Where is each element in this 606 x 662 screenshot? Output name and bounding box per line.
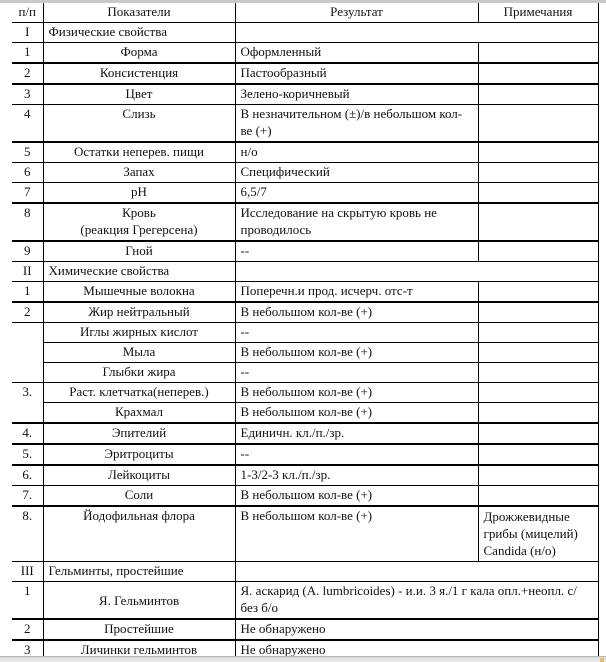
row-indicator: Крахмал	[43, 403, 235, 424]
row-note	[478, 63, 598, 84]
table-row: 1 Я. Гельминтов Я. аскарид (A. lumbricoi…	[12, 582, 598, 620]
row-num: 5	[12, 142, 43, 163]
row-result: --	[235, 241, 478, 262]
row-indicator: Эпителий	[43, 423, 235, 444]
row-result: Зелено-коричневый	[235, 84, 478, 105]
section-title: Гельминты, простейшие	[43, 562, 235, 582]
row-result: Я. аскарид (A. lumbricoides) - и.и. 3 я.…	[235, 582, 598, 620]
row-note	[478, 84, 598, 105]
window-bottom-scrollbar[interactable]	[0, 656, 606, 662]
row-note	[478, 403, 598, 424]
table-row: 3 Цвет Зелено-коричневый	[12, 84, 598, 105]
row-indicator: Глыбки жира	[43, 363, 235, 383]
row-indicator: Я. Гельминтов	[43, 582, 235, 620]
row-note	[478, 203, 598, 241]
table-row: 5 Остатки неперев. пищи н/о	[12, 142, 598, 163]
row-note	[478, 383, 598, 403]
row-result: Не обнаружено	[235, 619, 598, 640]
row-note	[478, 302, 598, 323]
header-notes: Примечания	[478, 3, 598, 23]
row-note	[478, 241, 598, 262]
row-num: 6	[12, 163, 43, 183]
row-note	[478, 282, 598, 303]
row-note	[478, 363, 598, 383]
table-row: 7 pH 6,5/7	[12, 183, 598, 204]
row-num: 6.	[12, 465, 43, 486]
table-header-row: п/п Показатели Результат Примечания	[12, 3, 598, 23]
section-title: Химические свойства	[43, 262, 235, 282]
row-indicator: Простейшие	[43, 619, 235, 640]
row-indicator: Мыла	[43, 343, 235, 363]
table-row: Крахмал В небольшом кол-ве (+)	[12, 403, 598, 424]
row-indicator: Йодофильная флора	[43, 506, 235, 562]
row-result: н/о	[235, 142, 478, 163]
table-row: 4. Эпителий Единичн. кл./п./зр.	[12, 423, 598, 444]
table-row: 8 Кровь(реакция Грегерсена) Исследование…	[12, 203, 598, 241]
row-result: 6,5/7	[235, 183, 478, 204]
header-result: Результат	[235, 3, 478, 23]
row-note	[478, 343, 598, 363]
row-result: 1-3/2-3 кл./п./зр.	[235, 465, 478, 486]
row-result: В небольшом кол-ве (+)	[235, 403, 478, 424]
row-result: В небольшом кол-ве (+)	[235, 506, 478, 562]
section-blank	[235, 23, 598, 43]
row-note: Дрожжевидные грибы (мицелий) Candida (н/…	[478, 506, 598, 562]
row-result: Специфический	[235, 163, 478, 183]
row-result: Исследование на скрытую кровь не проводи…	[235, 203, 478, 241]
row-num: 3	[12, 84, 43, 105]
row-indicator: Остатки неперев. пищи	[43, 142, 235, 163]
row-note	[478, 465, 598, 486]
row-indicator: Эритроциты	[43, 444, 235, 465]
table-row: Иглы жирных кислот --	[12, 323, 598, 343]
row-result: Поперечн.и прод. исчерч. отс-т	[235, 282, 478, 303]
row-num: 2	[12, 302, 43, 323]
row-num: 1	[12, 282, 43, 303]
table-row: 3. Раст. клетчатка(неперев.) В небольшом…	[12, 383, 598, 403]
table-row: 9 Гной --	[12, 241, 598, 262]
document-page: п/п Показатели Результат Примечания I Фи…	[0, 3, 606, 661]
row-num: 3.	[12, 383, 43, 424]
row-note	[478, 183, 598, 204]
row-num: 9	[12, 241, 43, 262]
stool-analysis-table: п/п Показатели Результат Примечания I Фи…	[12, 3, 599, 661]
row-result: --	[235, 444, 478, 465]
table-row: 2 Консистенция Пастообразный	[12, 63, 598, 84]
row-indicator: Форма	[43, 43, 235, 64]
row-num	[12, 323, 43, 383]
section-blank	[235, 262, 598, 282]
row-num: 5.	[12, 444, 43, 465]
row-num: 1	[12, 582, 43, 620]
table-row: 8. Йодофильная флора В небольшом кол-ве …	[12, 506, 598, 562]
row-indicator: Раст. клетчатка(неперев.)	[43, 383, 235, 403]
row-result: В небольшом кол-ве (+)	[235, 486, 478, 507]
table-row: Мыла В небольшом кол-ве (+)	[12, 343, 598, 363]
row-num: 8	[12, 203, 43, 241]
table-row: 2 Простейшие Не обнаружено	[12, 619, 598, 640]
row-result: Пастообразный	[235, 63, 478, 84]
row-result: --	[235, 363, 478, 383]
row-result: --	[235, 323, 478, 343]
row-note	[478, 486, 598, 507]
section-row: III Гельминты, простейшие	[12, 562, 598, 582]
section-num: II	[12, 262, 43, 282]
row-num: 7.	[12, 486, 43, 507]
table-row: Глыбки жира --	[12, 363, 598, 383]
row-num: 2	[12, 63, 43, 84]
table-row: 1 Форма Оформленный	[12, 43, 598, 64]
row-result: В небольшом кол-ве (+)	[235, 343, 478, 363]
row-indicator: Иглы жирных кислот	[43, 323, 235, 343]
row-indicator: Соли	[43, 486, 235, 507]
row-result: В небольшом кол-ве (+)	[235, 383, 478, 403]
row-result: В небольшом кол-ве (+)	[235, 302, 478, 323]
row-indicator: Мышечные волокна	[43, 282, 235, 303]
row-note	[478, 444, 598, 465]
row-num: 4	[12, 105, 43, 143]
row-note	[478, 323, 598, 343]
table-row: 4 Слизь В незначительном (±)/в небольшом…	[12, 105, 598, 143]
row-num: 7	[12, 183, 43, 204]
table-row: 7. Соли В небольшом кол-ве (+)	[12, 486, 598, 507]
row-note	[478, 142, 598, 163]
section-row: I Физические свойства	[12, 23, 598, 43]
row-result: Оформленный	[235, 43, 478, 64]
row-indicator: Консистенция	[43, 63, 235, 84]
section-blank	[235, 562, 598, 582]
row-result: В незначительном (±)/в небольшом кол-ве …	[235, 105, 478, 143]
section-row: II Химические свойства	[12, 262, 598, 282]
row-indicator: Кровь(реакция Грегерсена)	[43, 203, 235, 241]
row-note	[478, 163, 598, 183]
row-num: 8.	[12, 506, 43, 562]
row-note	[478, 423, 598, 444]
row-indicator: Слизь	[43, 105, 235, 143]
row-indicator-line2: (реакция Грегерсена)	[80, 222, 197, 237]
row-indicator: Жир нейтральный	[43, 302, 235, 323]
row-note	[478, 105, 598, 143]
row-num: 2	[12, 619, 43, 640]
row-indicator-line1: Кровь	[122, 205, 156, 220]
row-result: Единичн. кл./п./зр.	[235, 423, 478, 444]
section-title: Физические свойства	[43, 23, 235, 43]
row-num: 4.	[12, 423, 43, 444]
table-row: 6 Запах Специфический	[12, 163, 598, 183]
row-indicator: pH	[43, 183, 235, 204]
header-indicator: Показатели	[43, 3, 235, 23]
row-indicator: Запах	[43, 163, 235, 183]
resize-grip-icon[interactable]	[600, 658, 604, 662]
row-indicator: Гной	[43, 241, 235, 262]
row-indicator: Лейкоциты	[43, 465, 235, 486]
row-note	[478, 43, 598, 64]
section-num: I	[12, 23, 43, 43]
table-row: 1 Мышечные волокна Поперечн.и прод. исче…	[12, 282, 598, 303]
table-row: 2 Жир нейтральный В небольшом кол-ве (+)	[12, 302, 598, 323]
table-row: 6. Лейкоциты 1-3/2-3 кл./п./зр.	[12, 465, 598, 486]
row-num: 1	[12, 43, 43, 64]
header-num: п/п	[12, 3, 43, 23]
table-row: 5. Эритроциты --	[12, 444, 598, 465]
row-indicator: Цвет	[43, 84, 235, 105]
section-num: III	[12, 562, 43, 582]
